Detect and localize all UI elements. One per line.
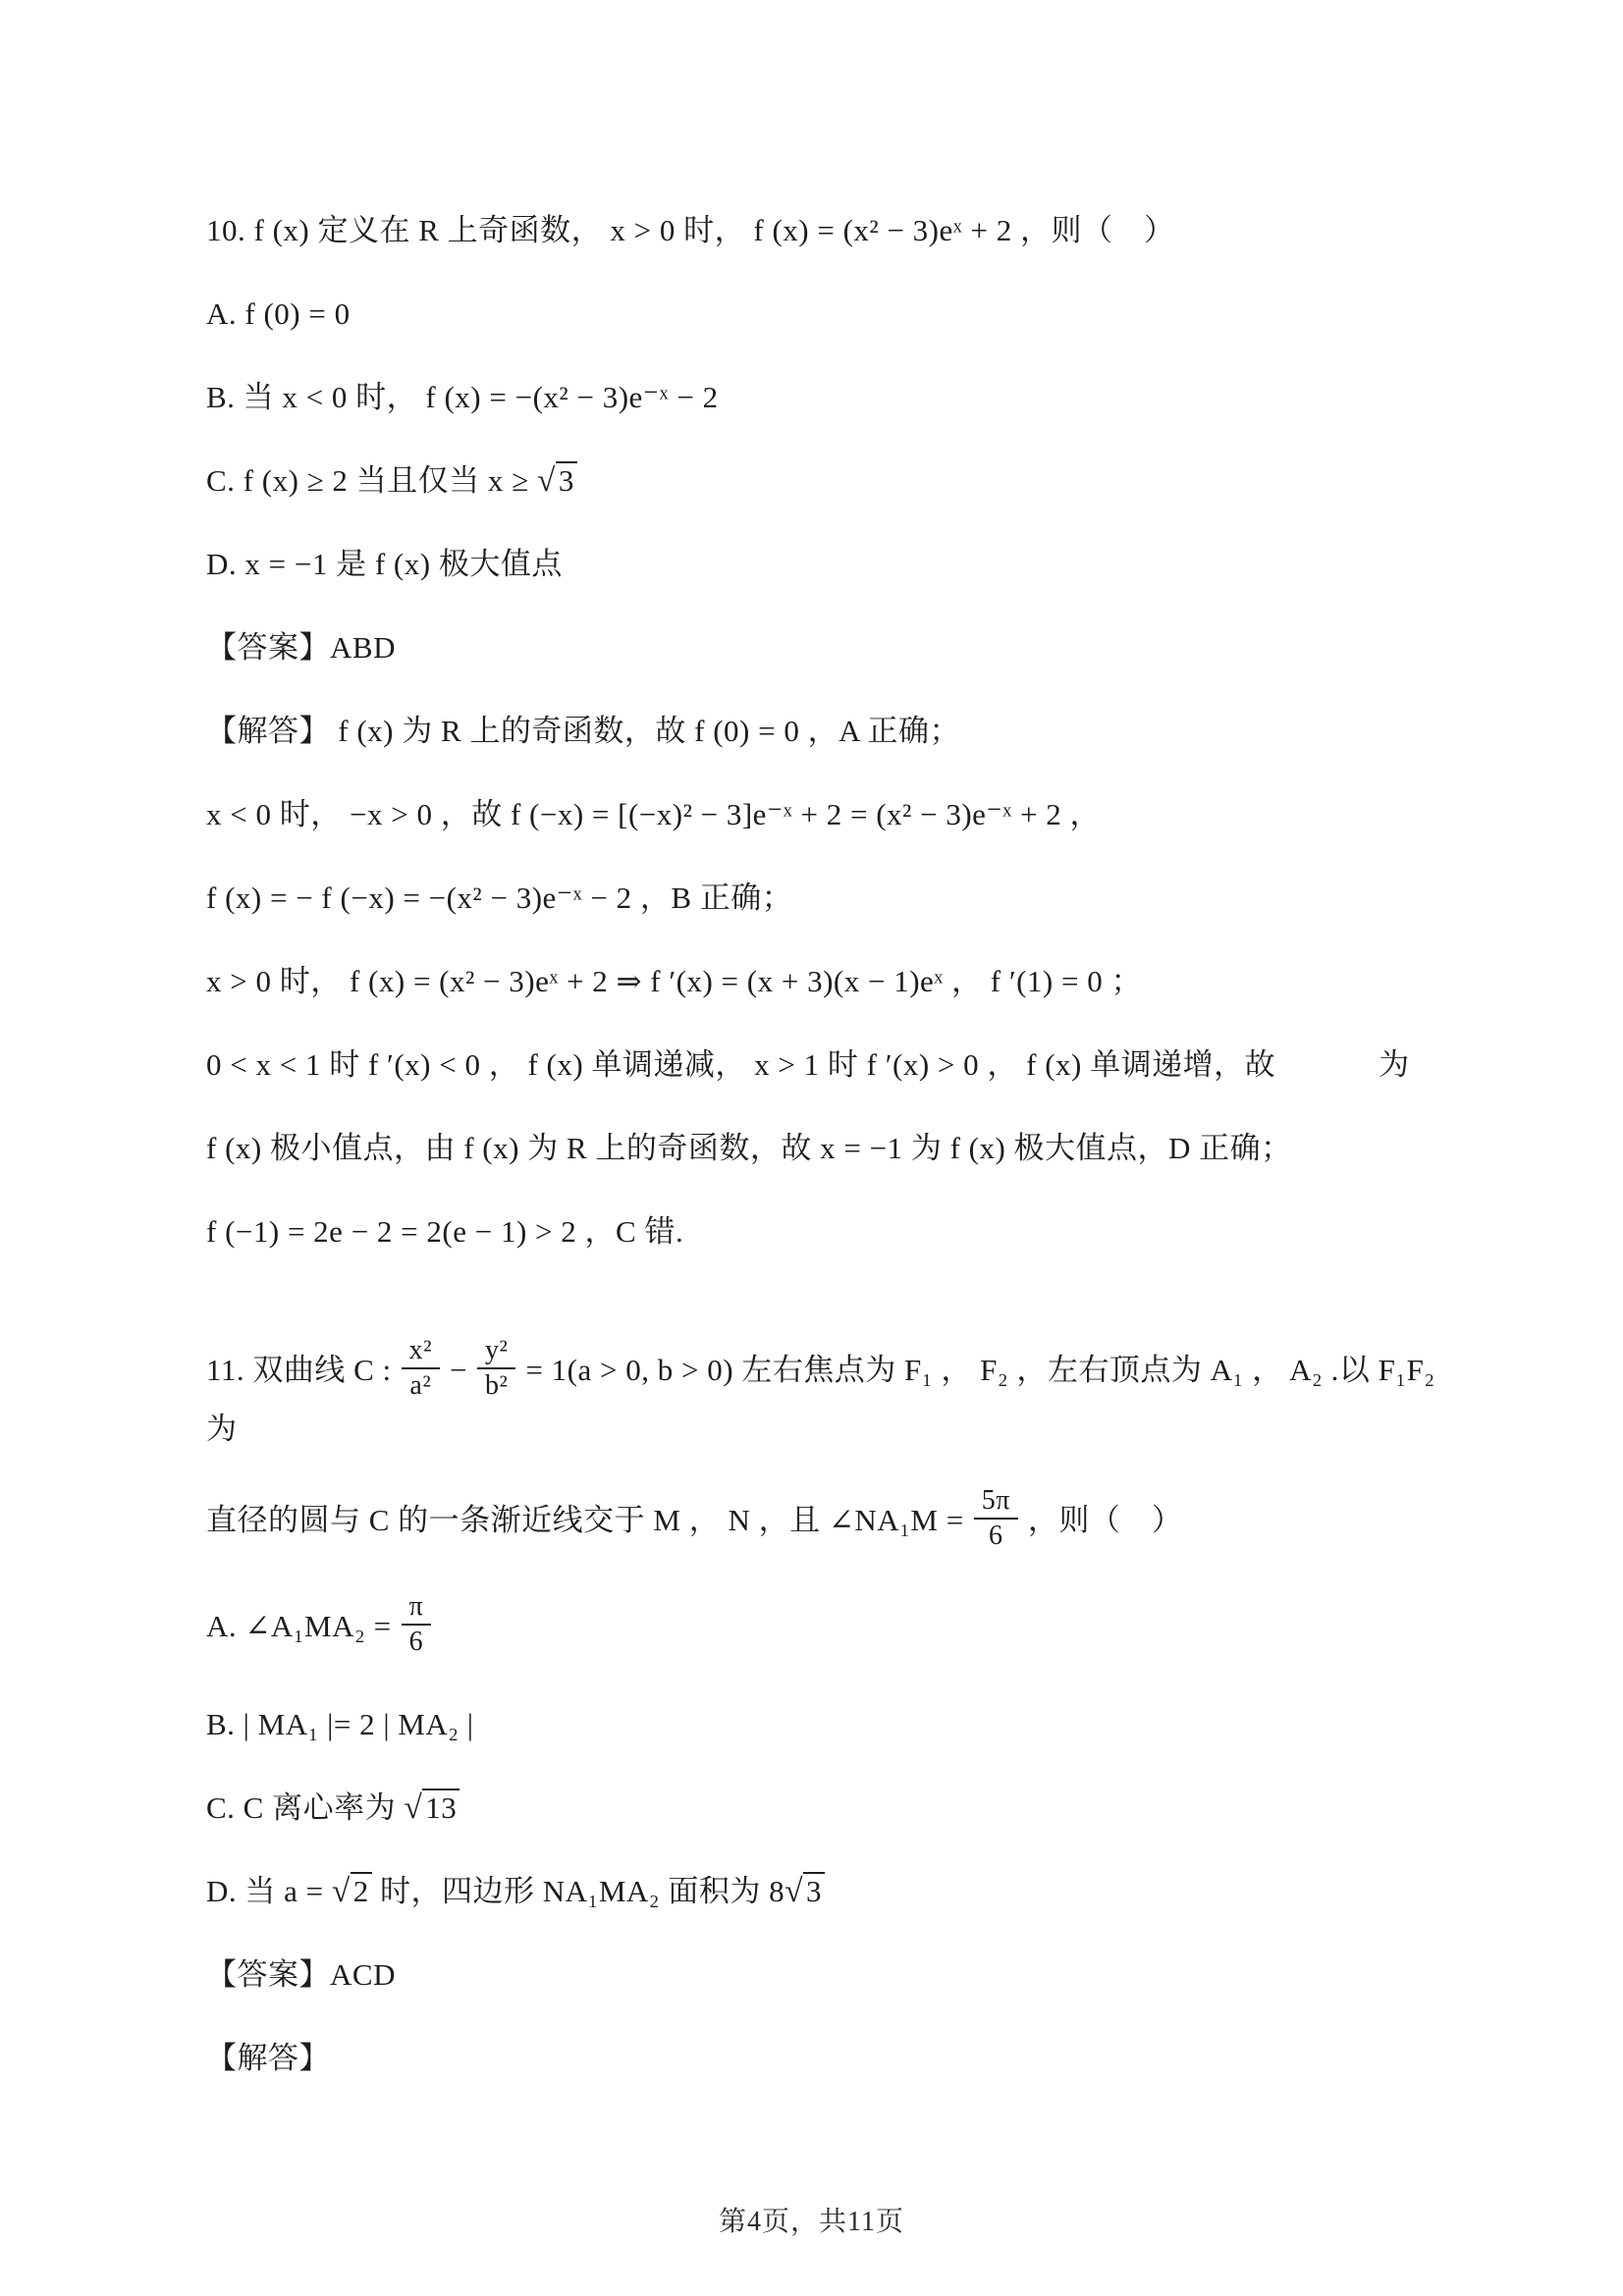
fraction-numerator: 5π [974, 1485, 1018, 1520]
sqrt-radical: √3 [784, 1874, 825, 1908]
q10-stem-text: 10. f (x) 定义在 R 上奇函数， x > 0 时， f (x) = (… [206, 213, 1174, 247]
q11-stem-line-2: 直径的圆与 C 的一条渐近线交于 M ， N ，且 ∠NA₁M =5π6，则（ … [206, 1490, 1466, 1557]
q11-stem-text: 直径的圆与 C 的一条渐近线交于 M ， N ，且 ∠NA₁M = [206, 1503, 964, 1537]
q11-option-d-text: D. 当 a = [206, 1874, 332, 1908]
q10-solution-line-7: f (−1) = 2e − 2 = 2(e − 1) > 2 ，C 错. [206, 1209, 1466, 1254]
radical-sign: √ [537, 462, 556, 499]
radical-sign: √ [784, 1873, 803, 1909]
answer-label: 【答案】 [206, 1957, 330, 1992]
solution-text: f (x) 极小值点，由 f (x) 为 R 上的奇函数，故 x = −1 为 … [206, 1131, 1292, 1165]
fraction-denominator: 6 [981, 1520, 1011, 1552]
fraction: y²b² [477, 1335, 515, 1402]
solution-text: x < 0 时， −x > 0 ，故 f (−x) = [(−x)² − 3]e… [206, 797, 1101, 831]
q10-solution-line-4: x > 0 时， f (x) = (x² − 3)eˣ + 2 ⇒ f ′(x)… [206, 959, 1466, 1003]
solution-text: f (−1) = 2e − 2 = 2(e − 1) > 2 ，C 错. [206, 1214, 683, 1249]
q10-stem: 10. f (x) 定义在 R 上奇函数， x > 0 时， f (x) = (… [206, 208, 1466, 252]
fraction: x²a² [402, 1335, 440, 1402]
q11-stem-text: 11. 双曲线 C : [206, 1353, 392, 1387]
q11-option-b-text: B. | MA₁ |= 2 | MA₂ | [206, 1707, 474, 1741]
q10-option-d-text: D. x = −1 是 f (x) 极大值点 [206, 547, 563, 581]
solution-text: x > 0 时， f (x) = (x² − 3)eˣ + 2 ⇒ f ′(x)… [206, 964, 1142, 998]
q11-stem-line-1: 11. 双曲线 C :x²a²−y²b²= 1(a > 0, b > 0) 左右… [206, 1340, 1466, 1451]
q10-option-b: B. 当 x < 0 时， f (x) = −(x² − 3)e⁻ˣ − 2 [206, 375, 1466, 419]
answer-value: ACD [330, 1957, 396, 1992]
q11-option-c-text: C. C 离心率为 [206, 1790, 404, 1825]
solution-label: 【解答】 [206, 2041, 330, 2075]
sqrt-radical: √13 [404, 1790, 460, 1825]
radical-sign: √ [404, 1789, 422, 1826]
radicand: 2 [351, 1872, 372, 1908]
radicand: 3 [803, 1872, 825, 1908]
fraction-denominator: b² [477, 1369, 515, 1402]
q10-solution-line-5: 0 < x < 1 时 f ′(x) < 0 ， f (x) 单调递减， x >… [206, 1042, 1466, 1087]
fraction-numerator: y² [477, 1335, 515, 1369]
q10-solution-line-1: 【解答】 f (x) 为 R 上的奇函数，故 f (0) = 0 ，A 正确； [206, 709, 1466, 753]
answer-value: ABD [330, 630, 396, 665]
exam-page: 10. f (x) 定义在 R 上奇函数， x > 0 时， f (x) = (… [0, 0, 1623, 2296]
q11-option-d: D. 当 a = √2 时，四边形 NA₁MA₂ 面积为 8√3 [206, 1869, 1466, 1913]
q10-answer: 【答案】ABD [206, 625, 1466, 669]
page-content: 10. f (x) 定义在 R 上奇函数， x > 0 时， f (x) = (… [0, 0, 1623, 2080]
fraction-denominator: 6 [402, 1626, 432, 1658]
sqrt-radical: √2 [332, 1874, 372, 1908]
q11-option-b: B. | MA₁ |= 2 | MA₂ | [206, 1702, 1466, 1746]
solution-text: 0 < x < 1 时 f ′(x) < 0 ， f (x) 单调递减， x >… [206, 1047, 1275, 1082]
page-number-text: 第4页，共11页 [719, 2207, 904, 2237]
fraction: 5π6 [974, 1485, 1018, 1552]
q11-stem-text: ，则（ ） [1028, 1503, 1183, 1537]
q10-option-a-text: A. f (0) = 0 [206, 296, 351, 331]
sqrt-radical: √3 [537, 463, 577, 498]
fraction-numerator: x² [402, 1335, 440, 1369]
fraction-denominator: a² [402, 1369, 439, 1402]
q10-option-a: A. f (0) = 0 [206, 292, 1466, 336]
q11-stem-text: − [450, 1353, 467, 1387]
q11-option-c: C. C 离心率为 √13 [206, 1786, 1466, 1830]
fraction: π6 [402, 1591, 432, 1658]
q10-option-c-text: C. f (x) ≥ 2 当且仅当 x ≥ [206, 463, 537, 498]
q11-option-a: A. ∠A₁MA₂ =π6 [206, 1596, 1466, 1663]
q10-solution-line-2: x < 0 时， −x > 0 ，故 f (−x) = [(−x)² − 3]e… [206, 792, 1466, 836]
page-footer: 第4页，共11页 [0, 2200, 1623, 2239]
solution-text: 【解答】 f (x) 为 R 上的奇函数，故 f (0) = 0 ，A 正确； [206, 714, 960, 748]
q10-option-d: D. x = −1 是 f (x) 极大值点 [206, 542, 1466, 586]
solution-text: 为 [1379, 1047, 1410, 1082]
radicand: 3 [556, 461, 577, 498]
fraction-numerator: π [402, 1591, 432, 1626]
radical-sign: √ [332, 1873, 351, 1909]
q10-solution-line-3: f (x) = − f (−x) = −(x² − 3)e⁻ˣ − 2 ，B 正… [206, 876, 1466, 920]
q10-option-b-text: B. 当 x < 0 时， f (x) = −(x² − 3)e⁻ˣ − 2 [206, 380, 719, 414]
q10-solution-line-6: f (x) 极小值点，由 f (x) 为 R 上的奇函数，故 x = −1 为 … [206, 1126, 1466, 1170]
q11-solution-label: 【解答】 [206, 2036, 1466, 2080]
radicand: 13 [422, 1789, 460, 1825]
answer-label: 【答案】 [206, 630, 330, 665]
q11-answer: 【答案】ACD [206, 1952, 1466, 1997]
q10-option-c: C. f (x) ≥ 2 当且仅当 x ≥ √3 [206, 458, 1466, 503]
q11-option-a-text: A. ∠A₁MA₂ = [206, 1609, 392, 1643]
solution-text: f (x) = − f (−x) = −(x² − 3)e⁻ˣ − 2 ，B 正… [206, 881, 792, 915]
q11-option-d-text: 时，四边形 NA₁MA₂ 面积为 8 [372, 1874, 784, 1908]
